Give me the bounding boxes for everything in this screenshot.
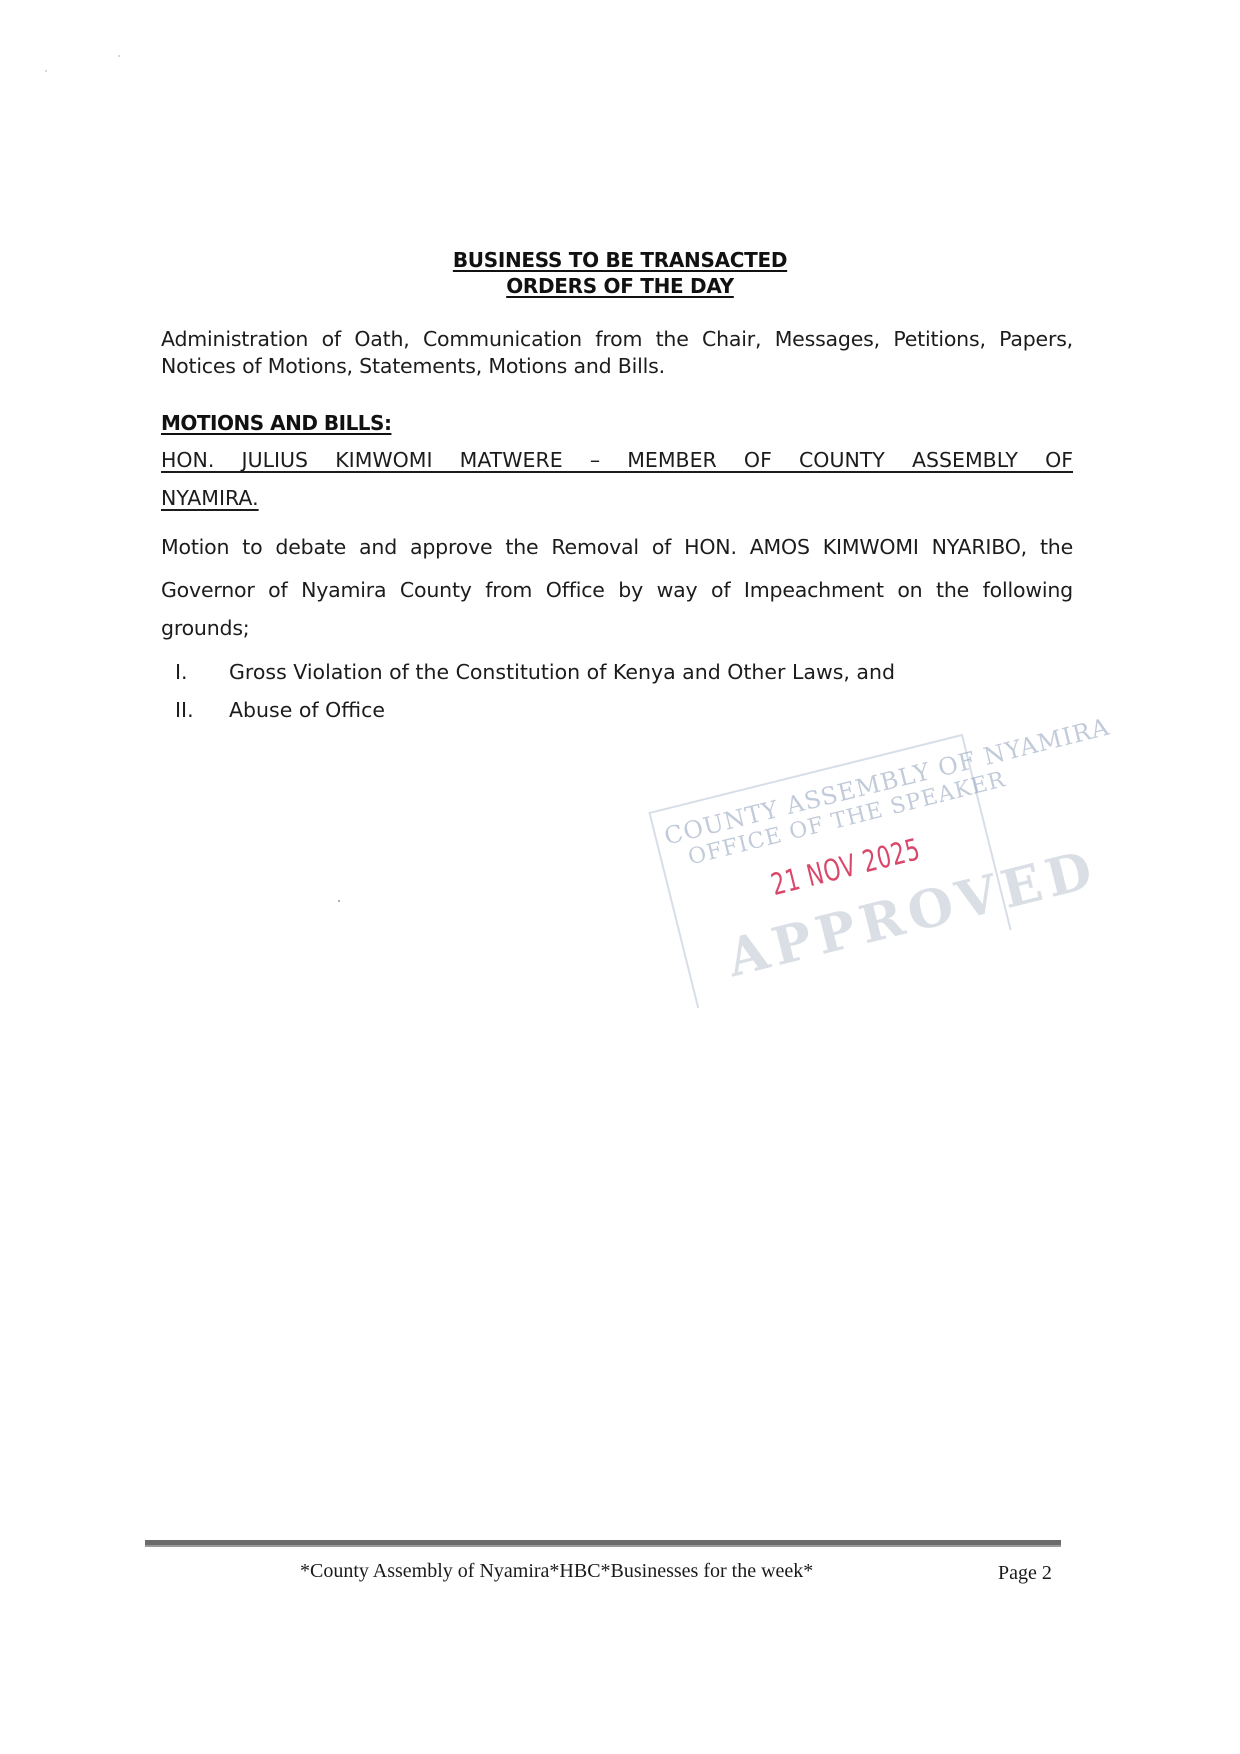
scan-speck [45,70,47,72]
mover-line-1: HON. JULIUS KIMWOMI MATWERE – MEMBER OF … [161,448,1073,472]
page-number: Page 2 [998,1562,1052,1585]
ground-number: II. [175,698,229,722]
scan-speck [338,900,340,902]
ground-item: I.Gross Violation of the Constitution of… [175,660,895,684]
title-line-1: BUSINESS TO BE TRANSACTED [0,248,1240,272]
motion-line-3: grounds; [161,616,1073,640]
ground-text: Gross Violation of the Constitution of K… [229,660,895,684]
title-line-2: ORDERS OF THE DAY [0,274,1240,298]
intro-paragraph-line-1: Administration of Oath, Communication fr… [161,326,1073,353]
ground-item: II.Abuse of Office [175,698,385,722]
footer-text: *County Assembly of Nyamira*HBC*Business… [300,1560,813,1583]
mover-line-2: NYAMIRA. [161,486,259,510]
intro-paragraph-line-2: Notices of Motions, Statements, Motions … [161,353,1073,380]
section-heading-motions-and-bills: MOTIONS AND BILLS: [161,411,391,435]
ground-text: Abuse of Office [229,698,385,722]
footer-divider [145,1540,1061,1547]
ground-number: I. [175,660,229,684]
scan-speck [118,55,120,57]
approval-stamp: COUNTY ASSEMBLY OF NYAMIRA OFFICE OF THE… [648,734,1011,1008]
motion-line-2: Governor of Nyamira County from Office b… [161,578,1073,602]
motion-line-1: Motion to debate and approve the Removal… [161,535,1073,559]
